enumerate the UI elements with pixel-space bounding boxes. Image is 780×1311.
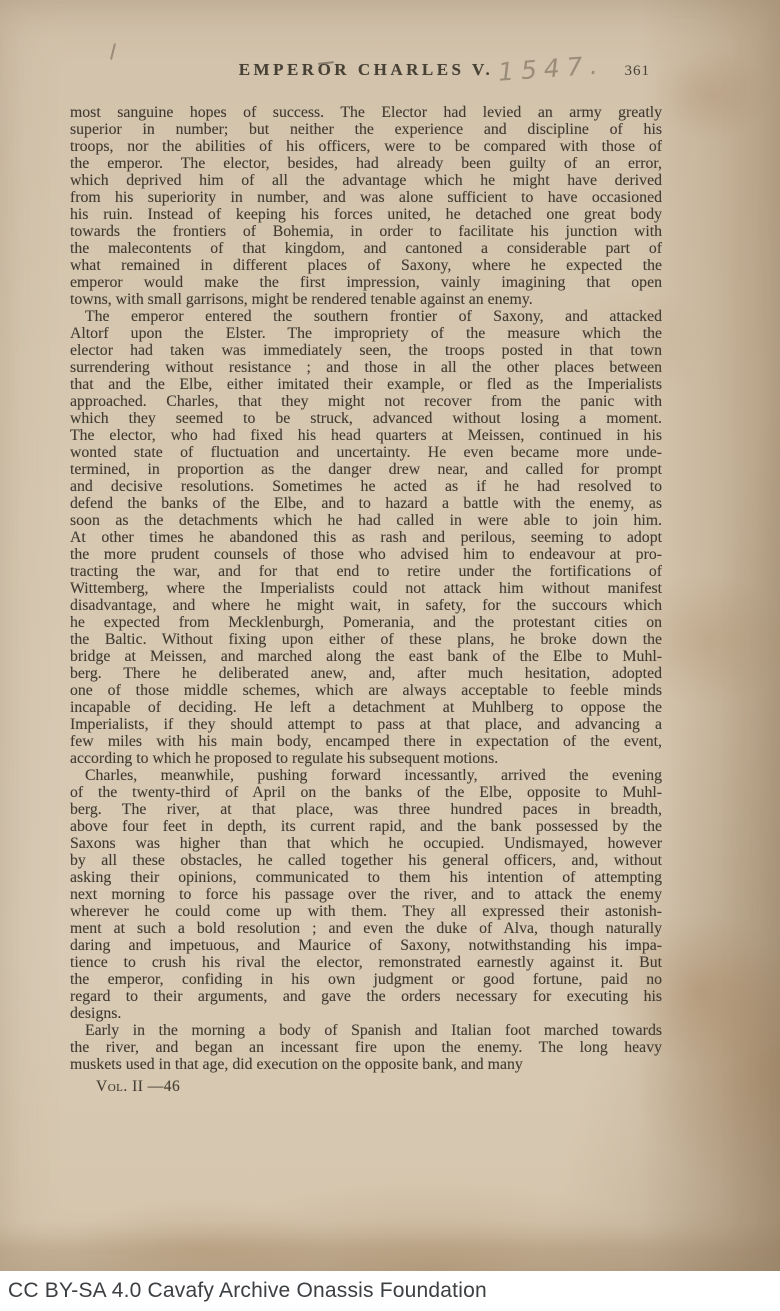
text-line: incapable of deciding. He left a detachm… xyxy=(70,699,662,716)
text-line: his ruin. Instead of keeping his forces … xyxy=(70,206,662,223)
text-line: next morning to force his passage over t… xyxy=(70,886,662,903)
text-line: termined, in proportion as the danger dr… xyxy=(70,461,662,478)
text-line: disadvantage, and where he might wait, i… xyxy=(70,597,662,614)
text-line: that and the Elbe, either imitated their… xyxy=(70,376,662,393)
text-line: towards the frontiers of Bohemia, in ord… xyxy=(70,223,662,240)
body-text: most sanguine hopes of success. The Elec… xyxy=(70,104,662,1073)
text-line: defend the banks of the Elbe, and to haz… xyxy=(70,495,662,512)
text-line: soon as the detachments which he had cal… xyxy=(70,512,662,529)
text-line: which they seemed to be struck, advanced… xyxy=(70,410,662,427)
text-line: which deprived him of all the advantage … xyxy=(70,172,662,189)
text-line: and decisive resolutions. Sometimes he a… xyxy=(70,478,662,495)
page-header: EMPEROR CHARLES V. 1547. 361 xyxy=(70,60,662,88)
text-line: wonted state of fluctuation and uncertai… xyxy=(70,444,662,461)
text-line: berg. There he deliberated anew, and, af… xyxy=(70,665,662,682)
text-line: Early in the morning a body of Spanish a… xyxy=(70,1022,662,1039)
text-line: asking their opinions, communicated to t… xyxy=(70,869,662,886)
pencil-stroke-mark xyxy=(110,43,116,60)
text-line: what remained in different places of Sax… xyxy=(70,257,662,274)
text-line: berg. The river, at that place, was thre… xyxy=(70,801,662,818)
text-line: designs. xyxy=(70,1005,662,1022)
paragraph: Charles, meanwhile, pushing forward ince… xyxy=(70,767,662,1022)
text-line: above four feet in depth, its current ra… xyxy=(70,818,662,835)
text-line: troops, nor the abilities of his officer… xyxy=(70,138,662,155)
license-attribution-text: CC BY-SA 4.0 Cavafy Archive Onassis Foun… xyxy=(0,1279,487,1303)
text-line: Saxons was higher than that which he occ… xyxy=(70,835,662,852)
text-line: ment at such a bold resolution ; and eve… xyxy=(70,920,662,937)
page-number: 361 xyxy=(625,63,651,80)
text-line: approached. Charles, that they might not… xyxy=(70,393,662,410)
text-line: the more prudent counsels of those who a… xyxy=(70,546,662,563)
text-line: elector had taken was immediately seen, … xyxy=(70,342,662,359)
text-line: of the twenty-third of April on the bank… xyxy=(70,784,662,801)
paragraph: Early in the morning a body of Spanish a… xyxy=(70,1022,662,1073)
text-line: the Baltic. Without fixing upon either o… xyxy=(70,631,662,648)
text-line: few miles with his main body, encamped t… xyxy=(70,733,662,750)
license-bar: CC BY-SA 4.0 Cavafy Archive Onassis Foun… xyxy=(0,1271,780,1311)
text-line: Charles, meanwhile, pushing forward ince… xyxy=(70,767,662,784)
text-line: Wittemberg, where the Imperialists could… xyxy=(70,580,662,597)
text-line: regard to their arguments, and gave the … xyxy=(70,988,662,1005)
text-line: muskets used in that age, did execution … xyxy=(70,1056,662,1073)
text-line: towns, with small garrisons, might be re… xyxy=(70,291,662,308)
text-line: according to which he proposed to regula… xyxy=(70,750,662,767)
text-line: superior in number; but neither the expe… xyxy=(70,121,662,138)
text-line: by all these obstacles, he called togeth… xyxy=(70,852,662,869)
text-line: the emperor. The elector, besides, had a… xyxy=(70,155,662,172)
text-line: At other times he abandoned this as rash… xyxy=(70,529,662,546)
text-line: wherever he could come up with them. The… xyxy=(70,903,662,920)
text-line: daring and impetuous, and Maurice of Sax… xyxy=(70,937,662,954)
book-page-scan: EMPEROR CHARLES V. 1547. 361 most sangui… xyxy=(0,0,780,1271)
text-line: tracting the war, and for that end to re… xyxy=(70,563,662,580)
text-line: he expected from Mecklenburgh, Pomerania… xyxy=(70,614,662,631)
paragraph: most sanguine hopes of success. The Elec… xyxy=(70,104,662,308)
text-line: from his superiority in number, and was … xyxy=(70,189,662,206)
text-line: Imperialists, if they should attempt to … xyxy=(70,716,662,733)
text-line: the malecontents of that kingdom, and ca… xyxy=(70,240,662,257)
text-line: one of those middle schemes, which are a… xyxy=(70,682,662,699)
volume-signature-line: Vol. II —46 xyxy=(96,1078,180,1096)
text-line: emperor would make the first impression,… xyxy=(70,274,662,291)
text-line: surrendering without resistance ; and th… xyxy=(70,359,662,376)
handwritten-year-annotation: 1547. xyxy=(497,50,605,86)
text-line: The elector, who had fixed his head quar… xyxy=(70,427,662,444)
text-line: most sanguine hopes of success. The Elec… xyxy=(70,104,662,121)
text-line: the emperor, confiding in his own judgme… xyxy=(70,971,662,988)
text-line: bridge at Meissen, and marched along the… xyxy=(70,648,662,665)
text-line: tience to crush his rival the elector, r… xyxy=(70,954,662,971)
paragraph: The emperor entered the southern frontie… xyxy=(70,308,662,767)
text-line: the river, and began an incessant fire u… xyxy=(70,1039,662,1056)
text-line: Altorf upon the Elster. The impropriety … xyxy=(70,325,662,342)
screenshot-stage: EMPEROR CHARLES V. 1547. 361 most sangui… xyxy=(0,0,780,1311)
text-line: The emperor entered the southern frontie… xyxy=(70,308,662,325)
